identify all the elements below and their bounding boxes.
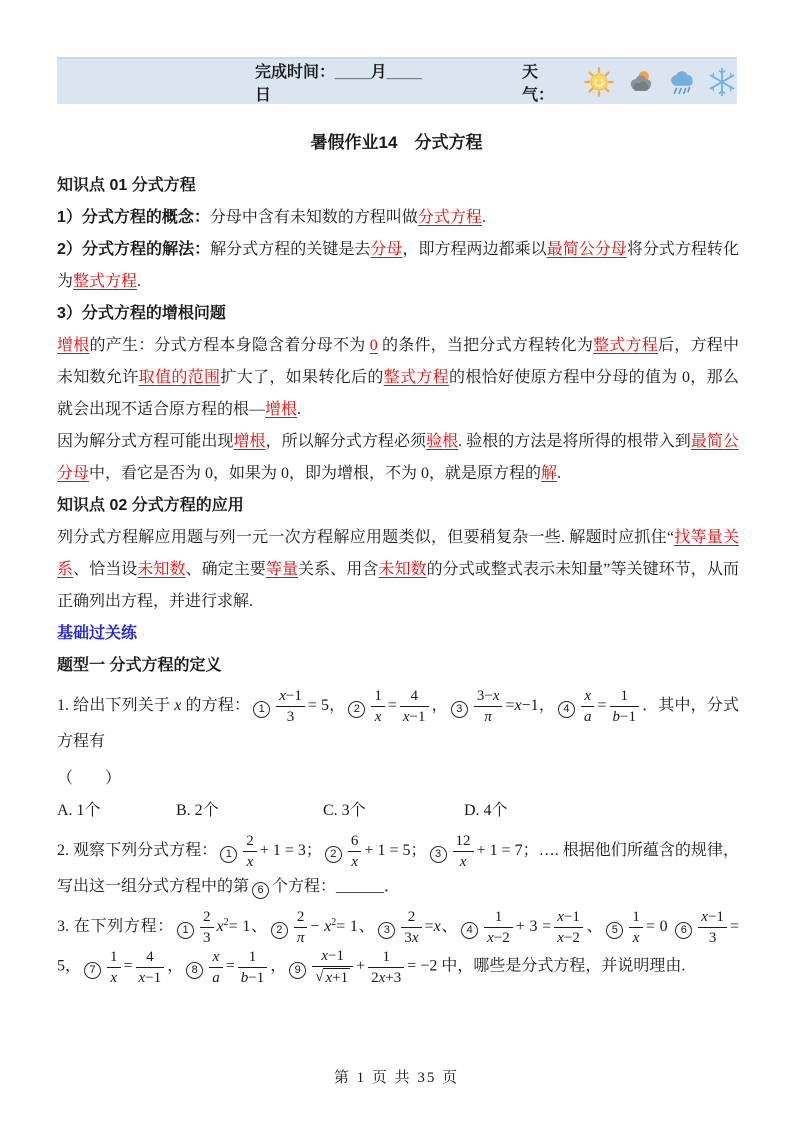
extraneous-root-cause: 增根的产生：分式方程本身隐含着分母不为 0 的条件，当把分式方程转化为整式方程后… xyxy=(57,330,739,426)
completion-time-label: 完成时间：____月____日 xyxy=(255,59,438,105)
question-2: 2. 观察下列分式方程：12x+ 1 = 3；26x+ 1 = 5；312x+ … xyxy=(57,832,739,903)
weather-icons xyxy=(584,67,737,97)
question-3: 3. 在下列方程：123x2= 1、22π− x2= 1、323x=x、41x−… xyxy=(57,908,739,987)
question-1: 1. 给出下列关于 x 的方程：1x−13= 5，21x=4x−1，33−xπ=… xyxy=(57,687,739,758)
question-1-options: A. 1个B. 2个C. 3个D. 4个 xyxy=(57,795,739,827)
weather-label: 天气： xyxy=(522,59,570,105)
worksheet-title: 暑假作业14 分式方程 xyxy=(0,128,793,153)
choice-option: B. 2个 xyxy=(176,795,323,827)
partly-cloudy-icon xyxy=(625,67,655,97)
concept-definition: 1）分式方程的概念：分母中含有未知数的方程叫做分式方程. xyxy=(57,202,739,234)
choice-option: C. 3个 xyxy=(323,795,464,827)
problem-type-1-heading: 题型一 分式方程的定义 xyxy=(57,650,739,682)
application-intro: 列分式方程解应用题与列一元一次方程解应用题类似，但要稍复杂一些. 解题时应抓住“… xyxy=(57,522,739,618)
page-number: 第 1 页 共 35 页 xyxy=(0,1066,793,1087)
knowledge-point-01-heading: 知识点 01 分式方程 xyxy=(57,170,739,202)
choice-option: D. 4个 xyxy=(464,795,508,827)
solving-method: 2）分式方程的解法：解分式方程的关键是去分母，即方程两边都乘以最简公分母将分式方… xyxy=(57,234,739,298)
sun-icon xyxy=(584,67,614,97)
basic-practice-heading: 基础过关练 xyxy=(57,618,739,650)
header-bar: 完成时间：____月____日 天气： xyxy=(57,57,737,104)
extraneous-root-heading: 3）分式方程的增根问题 xyxy=(57,298,739,330)
document-body: 知识点 01 分式方程1）分式方程的概念：分母中含有未知数的方程叫做分式方程.2… xyxy=(57,170,739,992)
root-verification: 因为解分式方程可能出现增根，所以解分式方程必须验根. 验根的方法是将所得的根带入… xyxy=(57,426,739,490)
knowledge-point-02-heading: 知识点 02 分式方程的应用 xyxy=(57,490,739,522)
question-1-parentheses: （ ） xyxy=(57,763,739,795)
document-page: 完成时间：____月____日 天气： xyxy=(0,0,793,1122)
snowflake-icon xyxy=(707,67,737,97)
rain-icon xyxy=(666,67,696,97)
choice-option: A. 1个 xyxy=(57,795,176,827)
